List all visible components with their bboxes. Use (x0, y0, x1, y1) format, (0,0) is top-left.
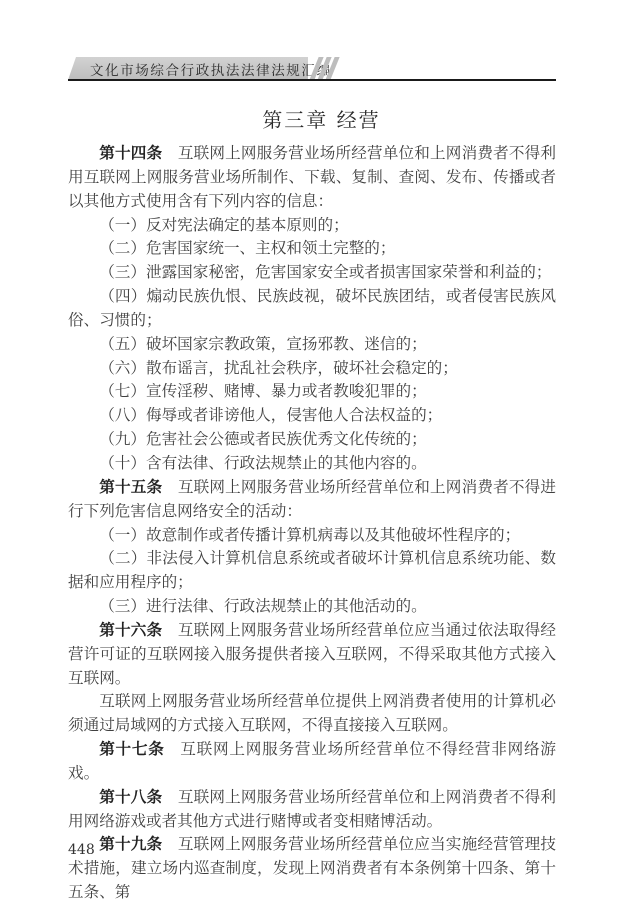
list-item: （一）故意制作或者传播计算机病毒以及其他破坏性程序的； (68, 524, 556, 548)
article-number: 第十八条 (99, 788, 162, 806)
header-stripes-decoration (308, 57, 340, 80)
article-16: 第十六条互联网上网服务营业场所经营单位应当通过依法取得经营许可证的互联网接入服务… (68, 619, 556, 691)
article-16-paragraph-2: 互联网上网服务营业场所经营单位提供上网消费者使用的计算机必须通过局域网的方式接入… (68, 690, 556, 738)
page-number: 448 (68, 842, 95, 858)
header-rule (68, 79, 556, 81)
list-item: （三）泄露国家秘密，危害国家安全或者损害国家荣誉和利益的； (68, 261, 556, 285)
article-15: 第十五条互联网上网服务营业场所经营单位和上网消费者不得进行下列危害信息网络安全的… (68, 476, 556, 524)
list-item: （二）非法侵入计算机信息系统或者破坏计算机信息系统功能、数据和应用程序的； (68, 547, 556, 595)
chapter-title: 第三章 经营 (0, 104, 643, 133)
list-item: （七）宣传淫秽、赌博、暴力或者教唆犯罪的； (68, 380, 556, 404)
running-header: 文化市场综合行政执法法律法规汇编 (68, 54, 556, 80)
article-number: 第十七条 (99, 740, 164, 758)
article-number: 第十九条 (99, 835, 162, 853)
article-number: 第十六条 (99, 621, 162, 639)
list-item: （八）侮辱或者诽谤他人，侵害他人合法权益的； (68, 404, 556, 428)
list-item: （六）散布谣言，扰乱社会秩序，破坏社会稳定的； (68, 357, 556, 381)
list-item: （一）反对宪法确定的基本原则的； (68, 214, 556, 238)
article-number: 第十四条 (99, 144, 162, 162)
article-17: 第十七条互联网上网服务营业场所经营单位不得经营非网络游戏。 (68, 738, 556, 786)
article-18: 第十八条互联网上网服务营业场所经营单位和上网消费者不得利用网络游戏或者其他方式进… (68, 786, 556, 834)
document-body: 第十四条互联网上网服务营业场所经营单位和上网消费者不得利用互联网上网服务营业场所… (68, 142, 556, 905)
article-19: 第十九条互联网上网服务营业场所经营单位应当实施经营管理技术措施，建立场内巡查制度… (68, 833, 556, 905)
list-item: （五）破坏国家宗教政策，宣扬邪教、迷信的； (68, 333, 556, 357)
article-14: 第十四条互联网上网服务营业场所经营单位和上网消费者不得利用互联网上网服务营业场所… (68, 142, 556, 214)
article-number: 第十五条 (99, 478, 162, 496)
list-item: （二）危害国家统一、主权和领土完整的； (68, 237, 556, 261)
list-item: （九）危害社会公德或者民族优秀文化传统的； (68, 428, 556, 452)
list-item: （三）进行法律、行政法规禁止的其他活动的。 (68, 595, 556, 619)
list-item: （十）含有法律、行政法规禁止的其他内容的。 (68, 452, 556, 476)
book-title: 文化市场综合行政执法法律法规汇编 (90, 59, 332, 79)
list-item: （四）煽动民族仇恨、民族歧视，破坏民族团结，或者侵害民族风俗、习惯的； (68, 285, 556, 333)
